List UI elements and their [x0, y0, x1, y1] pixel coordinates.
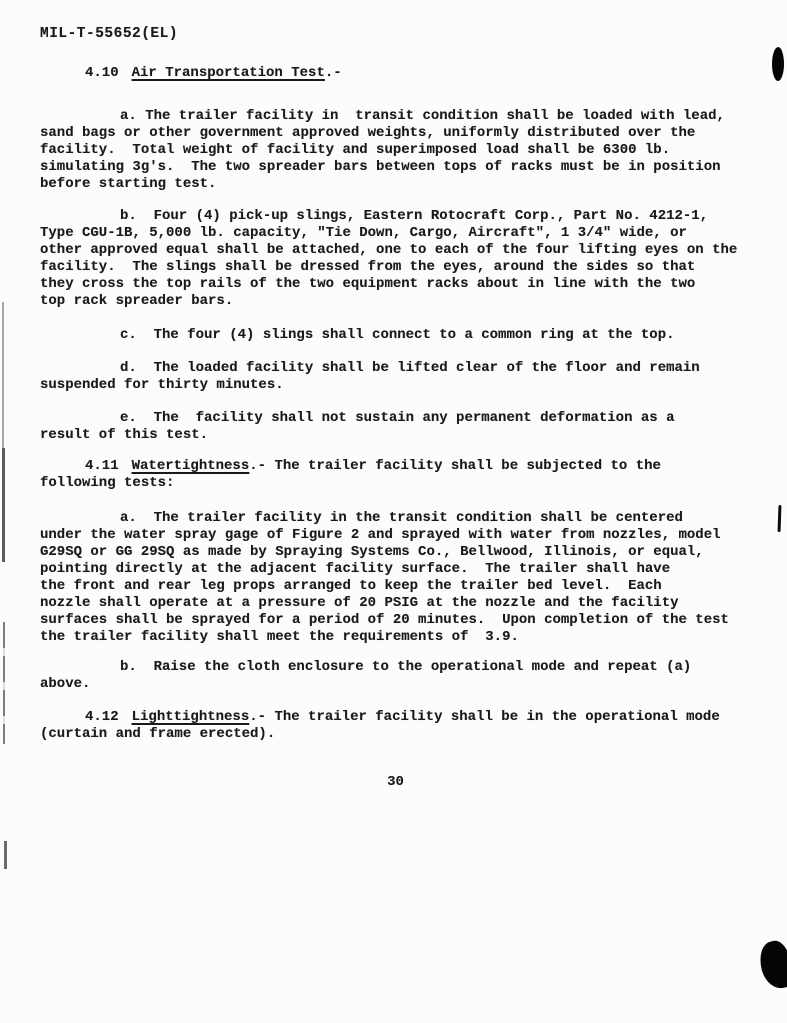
- text-line: b. Raise the cloth enclosure to the oper…: [40, 659, 751, 676]
- text-line: a. The trailer facility in transit condi…: [40, 108, 751, 125]
- text-line: nozzle shall operate at a pressure of 20…: [40, 595, 751, 612]
- section-lighttightness: 4.12Lighttightness.- The trailer facilit…: [40, 709, 751, 743]
- section-watertightness: 4.11Watertightness.- The trailer facilit…: [40, 458, 751, 693]
- paragraph-a: a. The trailer facility in the transit c…: [40, 510, 751, 646]
- text-line: pointing directly at the adjacent facili…: [40, 561, 751, 578]
- section-heading: 4.11Watertightness.- The trailer facilit…: [40, 458, 751, 475]
- text-line: facility. The slings shall be dressed fr…: [40, 259, 751, 276]
- paragraph-e: e. The facility shall not sustain any pe…: [40, 410, 751, 444]
- text-line: top rack spreader bars.: [40, 293, 751, 310]
- paragraph-c: c. The four (4) slings shall connect to …: [40, 327, 751, 344]
- section-title: Lighttightness: [132, 709, 250, 725]
- text-line: under the water spray gage of Figure 2 a…: [40, 527, 751, 544]
- text-line: b. Four (4) pick-up slings, Eastern Roto…: [40, 208, 751, 225]
- paragraph-b: b. Raise the cloth enclosure to the oper…: [40, 659, 751, 693]
- section-title-suffix: .-: [249, 458, 274, 474]
- text-line: facility. Total weight of facility and s…: [40, 142, 751, 159]
- text-line: c. The four (4) slings shall connect to …: [40, 327, 751, 344]
- text-line: sand bags or other government approved w…: [40, 125, 751, 142]
- text-line: d. The loaded facility shall be lifted c…: [40, 360, 751, 377]
- text-line: surfaces shall be sprayed for a period o…: [40, 612, 751, 629]
- scan-streak-left-mid: [2, 448, 5, 562]
- scan-streak-left-bottom: [4, 841, 7, 869]
- text-line: Type CGU-1B, 5,000 lb. capacity, "Tie Do…: [40, 225, 751, 242]
- section-number: 4.12: [85, 709, 119, 725]
- text-line: above.: [40, 676, 751, 693]
- text-line: G29SQ or GG 29SQ as made by Spraying Sys…: [40, 544, 751, 561]
- section-title: Air Transportation Test: [132, 65, 325, 81]
- document-page: MIL-T-55652(EL) 4.10Air Transportation T…: [0, 0, 787, 1023]
- text-line: the trailer facility shall meet the requ…: [40, 629, 751, 646]
- text-line: other approved equal shall be attached, …: [40, 242, 751, 259]
- section-intro-continued: (curtain and frame erected).: [40, 726, 751, 743]
- text-line: result of this test.: [40, 427, 751, 444]
- section-air-transportation-test: 4.10Air Transportation Test.- a. The tra…: [40, 65, 751, 444]
- text-line: suspended for thirty minutes.: [40, 377, 751, 394]
- scan-streak-left-lower: [3, 622, 5, 744]
- section-heading: 4.10Air Transportation Test.-: [40, 65, 751, 82]
- document-number: MIL-T-55652(EL): [40, 26, 751, 43]
- text-line: e. The facility shall not sustain any pe…: [40, 410, 751, 427]
- section-intro: The trailer facility shall be subjected …: [274, 458, 660, 474]
- section-number: 4.10: [85, 65, 119, 81]
- scan-mark-top-right: [772, 47, 784, 81]
- section-title-suffix: .-: [249, 709, 274, 725]
- text-line: they cross the top rails of the two equi…: [40, 276, 751, 293]
- scan-streak-left-upper: [2, 302, 4, 450]
- paragraph-b: b. Four (4) pick-up slings, Eastern Roto…: [40, 208, 751, 310]
- paragraph-a: a. The trailer facility in transit condi…: [40, 108, 751, 193]
- text-line: simulating 3g's. The two spreader bars b…: [40, 159, 751, 176]
- section-title: Watertightness: [132, 458, 250, 474]
- text-line: before starting test.: [40, 176, 751, 193]
- section-intro: The trailer facility shall be in the ope…: [274, 709, 719, 725]
- paragraph-d: d. The loaded facility shall be lifted c…: [40, 360, 751, 394]
- section-heading: 4.12Lighttightness.- The trailer facilit…: [40, 709, 751, 726]
- section-title-suffix: .-: [325, 65, 342, 81]
- text-line: a. The trailer facility in the transit c…: [40, 510, 751, 527]
- text-line: the front and rear leg props arranged to…: [40, 578, 751, 595]
- section-intro-continued: following tests:: [40, 475, 751, 492]
- page-number: 30: [40, 774, 751, 791]
- section-number: 4.11: [85, 458, 119, 474]
